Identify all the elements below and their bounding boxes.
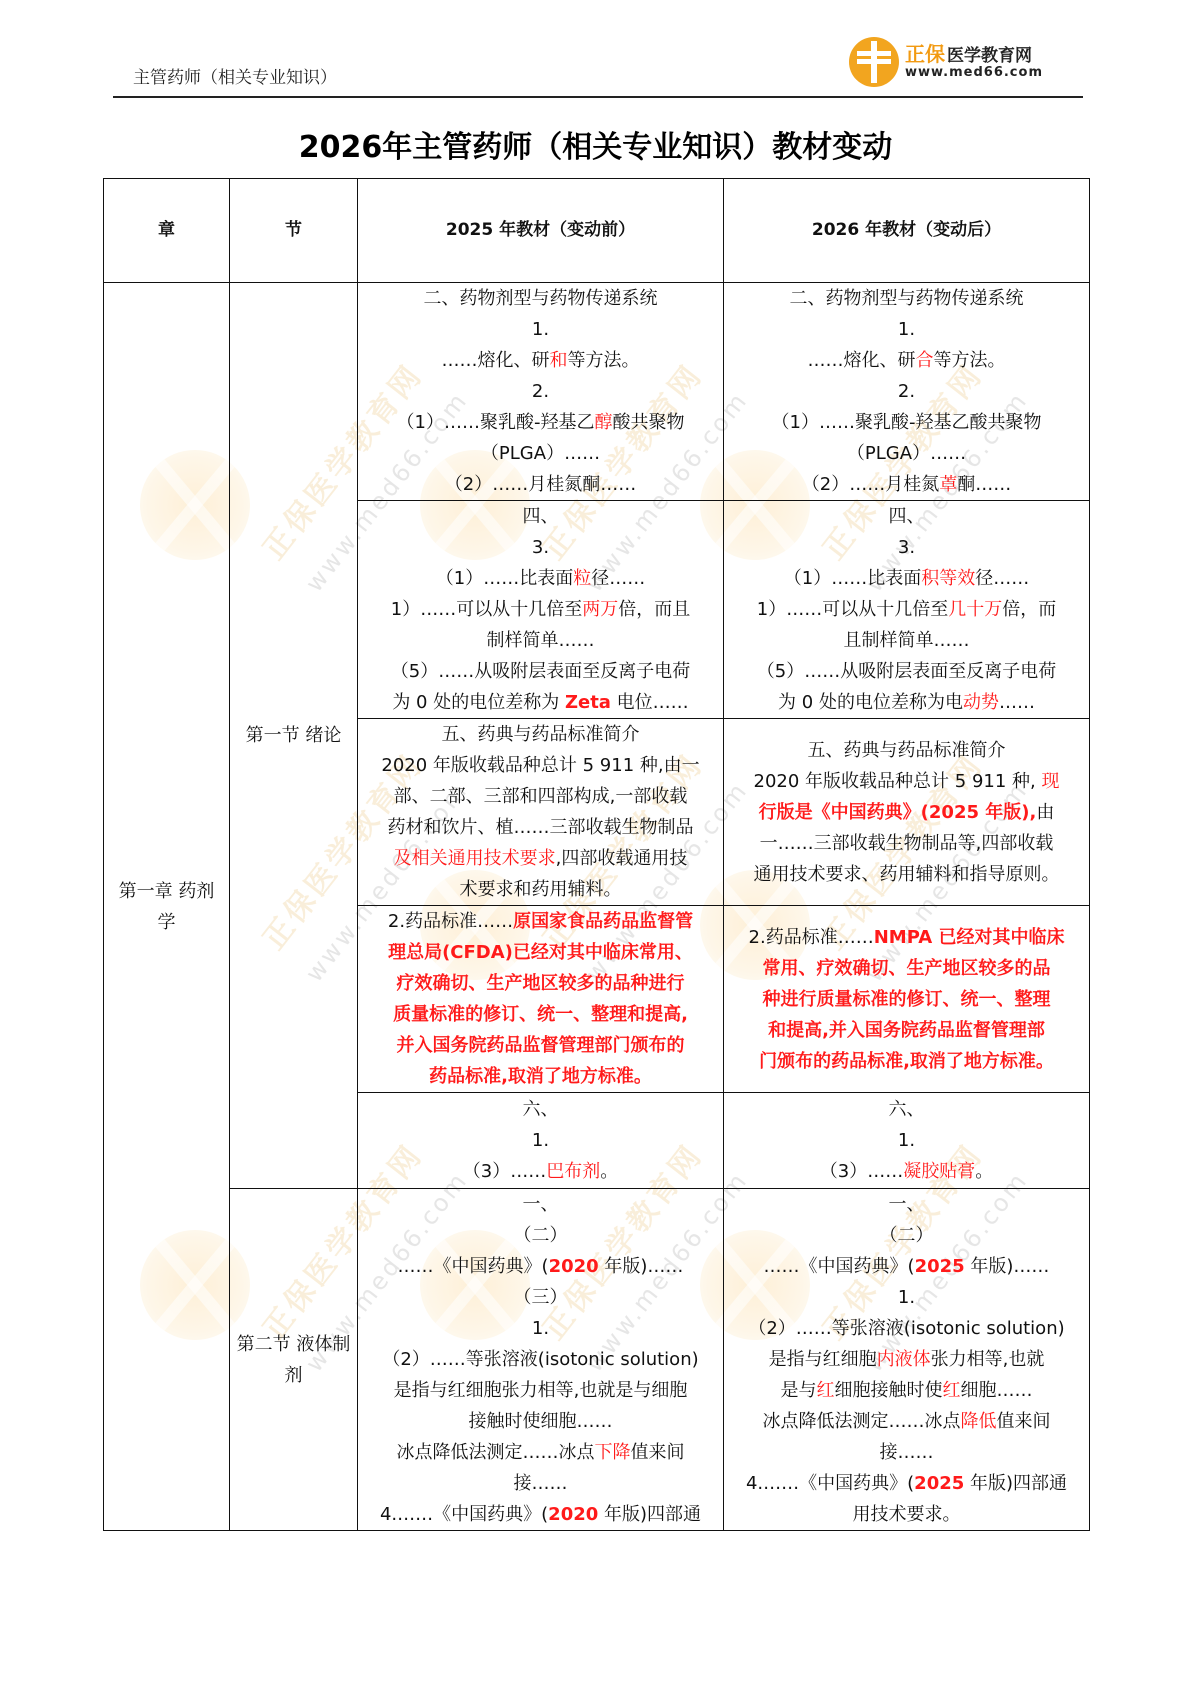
text-segment: 2.药品标准…… — [749, 927, 874, 948]
text-segment: 倍，而 — [1002, 599, 1056, 620]
text-line: 接…… — [730, 1437, 1083, 1468]
new-text-cell: 五、药典与药品标准简介2020 年版收载品种总计 5 911 种, 现行版是《中… — [724, 719, 1090, 906]
text-segment: ,四部收载通用技 — [556, 848, 688, 869]
text-segment: （1）……聚乳酸-羟基乙酸共聚物 — [772, 412, 1042, 433]
text-line: 疗效确切、生产地区较多的品种进行 — [364, 968, 717, 999]
text-line: 二、药物剂型与药物传递系统 — [364, 283, 717, 314]
table-body: 第一章 药剂学第一节 绪论二、药物剂型与药物传递系统1.……熔化、研和等方法。2… — [104, 283, 1090, 1531]
text-line: 药品标准,取消了地方标准。 — [364, 1061, 717, 1092]
changed-text: 几十万 — [948, 599, 1002, 620]
changed-text: 2025 — [914, 1473, 964, 1494]
text-segment: （二） — [880, 1225, 934, 1246]
old-text-cell: 2.药品标准……原国家食品药品监督管理总局(CFDA)已经对其中临床常用、疗效确… — [358, 906, 724, 1093]
text-line: 二、药物剂型与药物传递系统 — [730, 283, 1083, 314]
text-segment: 值来间 — [997, 1411, 1051, 1432]
section-cell: 第一节 绪论 — [230, 283, 358, 1189]
text-segment: 是指与红细胞张力相等,也就是与细胞 — [394, 1380, 688, 1401]
text-segment: 年版)四部通 — [598, 1504, 701, 1525]
page-header: 主管药师（相关专业知识） 正保 医学教育网 www.med66.com — [113, 36, 1083, 98]
text-segment: （PLGA）…… — [481, 443, 600, 464]
text-line: 为 0 处的电位差称为电动势…… — [730, 687, 1083, 718]
text-line: 一……三部收载生物制品等,四部收载 — [730, 828, 1083, 859]
changed-text: 及相关通用技术要求 — [394, 848, 556, 869]
text-segment: 。 — [600, 1161, 618, 1182]
text-line: 五、药典与药品标准简介 — [730, 735, 1083, 766]
text-segment: 1. — [898, 319, 915, 340]
header-subject: 主管药师（相关专业知识） — [133, 63, 337, 88]
text-segment: 年版)…… — [965, 1256, 1050, 1277]
text-segment: 二、药物剂型与药物传递系统 — [424, 288, 658, 309]
changed-text: 两万 — [582, 599, 618, 620]
text-line: ……熔化、研合等方法。 — [730, 345, 1083, 376]
text-segment: 电位…… — [611, 692, 689, 713]
text-line: 2.药品标准……NMPA 已经对其中临床 — [730, 922, 1083, 953]
text-segment: 六、 — [889, 1099, 925, 1120]
text-segment: （PLGA）…… — [847, 443, 966, 464]
text-segment: 年版)四部通 — [964, 1473, 1067, 1494]
text-segment: 等方法。 — [568, 350, 640, 371]
new-text-cell: 一、（二）……《中国药典》(2025 年版)……1.（2）……等张溶液(isot… — [724, 1189, 1090, 1531]
logo-brand: 正保 — [905, 44, 945, 65]
text-line: 1. — [730, 314, 1083, 345]
changes-table: 章 节 2025 年教材（变动前） 2026 年教材（变动后） 第一章 药剂学第… — [103, 178, 1090, 1531]
text-segment: 冰点降低法测定……冰点 — [397, 1442, 595, 1463]
text-segment: 一……三部收载生物制品等,四部收载 — [760, 833, 1054, 854]
text-segment: 张力相等,也就 — [931, 1349, 1045, 1370]
text-line: 用技术要求。 — [730, 1499, 1083, 1530]
text-line: （三） — [364, 1282, 717, 1313]
column-header-section: 节 — [230, 179, 358, 283]
text-segment: 由 — [1036, 802, 1054, 823]
text-segment: 2. — [532, 381, 549, 402]
text-line: （1）……比表面积等效径…… — [730, 563, 1083, 594]
text-line: 一、 — [364, 1189, 717, 1220]
changed-text: 药品标准,取消了地方标准。 — [429, 1066, 652, 1087]
text-segment: （1）……聚乳酸-羟基乙 — [397, 412, 595, 433]
changed-text: 和提高,并入国务院药品监督管理部 — [768, 1020, 1045, 1041]
changed-text: 积等效 — [921, 568, 975, 589]
text-segment: 为 0 处的电位差称为电 — [778, 692, 963, 713]
text-line: （2）……等张溶液(isotonic solution) — [364, 1344, 717, 1375]
table-header-row: 章 节 2025 年教材（变动前） 2026 年教材（变动后） — [104, 179, 1090, 283]
text-segment: 四、 — [523, 506, 559, 527]
text-segment: 等方法。 — [934, 350, 1006, 371]
text-line: 部、二部、三部和四部构成,一部收载 — [364, 781, 717, 812]
text-segment: 2020 年版收载品种总计 5 911 种, — [754, 771, 1042, 792]
text-segment: ……熔化、研 — [808, 350, 916, 371]
text-segment: 2. — [898, 381, 915, 402]
changed-text: 䓬 — [939, 474, 957, 495]
text-segment: 1. — [532, 1318, 549, 1339]
text-segment: 一、 — [889, 1194, 925, 1215]
text-segment: 酮…… — [957, 474, 1011, 495]
text-segment: 部、二部、三部和四部构成,一部收载 — [394, 786, 688, 807]
text-line: （PLGA）…… — [364, 438, 717, 469]
text-line: 六、 — [730, 1094, 1083, 1125]
changed-text: 常用、疗效确切、生产地区较多的品 — [763, 958, 1051, 979]
text-segment: 值来间 — [631, 1442, 685, 1463]
text-line: 1. — [364, 1313, 717, 1344]
text-line: 2.药品标准……原国家食品药品监督管 — [364, 906, 717, 937]
text-line: 和提高,并入国务院药品监督管理部 — [730, 1015, 1083, 1046]
text-line: 1. — [730, 1125, 1083, 1156]
text-line: 四、 — [730, 501, 1083, 532]
changed-text: 合 — [916, 350, 934, 371]
column-header-new: 2026 年教材（变动后） — [724, 179, 1090, 283]
chapter-cell: 第一章 药剂学 — [104, 283, 230, 1531]
text-segment: 接…… — [880, 1442, 934, 1463]
text-line: （2）……等张溶液(isotonic solution) — [730, 1313, 1083, 1344]
changed-text: 质量标准的修订、统一、整理和提高, — [393, 1004, 688, 1025]
logo-url: www.med66.com — [905, 66, 1043, 80]
new-text-cell: 二、药物剂型与药物传递系统1.……熔化、研合等方法。2.（1）……聚乳酸-羟基乙… — [724, 283, 1090, 501]
text-segment: 4.……《中国药典》( — [380, 1504, 548, 1525]
text-line: （5）……从吸附层表面至反离子电荷 — [730, 656, 1083, 687]
text-segment: 为 0 处的电位差称为 — [392, 692, 565, 713]
document-title: 2026年主管药师（相关专业知识）教材变动 — [0, 122, 1191, 166]
text-line: 为 0 处的电位差称为 Zeta 电位…… — [364, 687, 717, 718]
logo-mark-icon — [849, 37, 899, 87]
text-segment: （1）……比表面 — [784, 568, 921, 589]
text-segment: （5）……从吸附层表面至反离子电荷 — [757, 661, 1056, 682]
changed-text: 内液体 — [877, 1349, 931, 1370]
text-line: （二） — [730, 1220, 1083, 1251]
text-line: 2. — [364, 376, 717, 407]
text-line: （3）……巴布剂。 — [364, 1156, 717, 1187]
text-line: 2. — [730, 376, 1083, 407]
text-line: （2）……月桂氮酮…… — [364, 469, 717, 500]
logo-text: 正保 医学教育网 www.med66.com — [905, 44, 1043, 79]
text-line: 2020 年版收载品种总计 5 911 种,由一 — [364, 750, 717, 781]
text-segment: 细胞接触时使 — [835, 1380, 943, 1401]
text-segment: 一、 — [523, 1194, 559, 1215]
text-segment: （1）……比表面 — [436, 568, 573, 589]
text-line: 2020 年版收载品种总计 5 911 种, 现 — [730, 766, 1083, 797]
text-segment: 1）……可以从十几倍至 — [757, 599, 948, 620]
text-segment: 3. — [898, 537, 915, 558]
text-segment: 1. — [532, 1130, 549, 1151]
text-segment: 且制样简单…… — [844, 630, 970, 651]
text-segment: 4.……《中国药典》( — [746, 1473, 914, 1494]
text-segment: （2）……等张溶液(isotonic solution) — [382, 1349, 698, 1370]
text-segment: （5）……从吸附层表面至反离子电荷 — [391, 661, 690, 682]
old-text-cell: 二、药物剂型与药物传递系统1.……熔化、研和等方法。2.（1）……聚乳酸-羟基乙… — [358, 283, 724, 501]
text-segment: （2）……月桂氮 — [802, 474, 939, 495]
text-segment: 六、 — [523, 1099, 559, 1120]
text-line: 且制样简单…… — [730, 625, 1083, 656]
table-row: 第一章 药剂学第一节 绪论二、药物剂型与药物传递系统1.……熔化、研和等方法。2… — [104, 283, 1090, 501]
text-segment: 径…… — [591, 568, 645, 589]
text-line: ……熔化、研和等方法。 — [364, 345, 717, 376]
text-line: （1）……比表面粒径…… — [364, 563, 717, 594]
text-line: 门颁布的药品标准,取消了地方标准。 — [730, 1046, 1083, 1077]
changed-text: 醇 — [594, 412, 612, 433]
changed-text: 动势 — [963, 692, 999, 713]
changed-text: 现 — [1041, 771, 1059, 792]
text-segment: 3. — [532, 537, 549, 558]
text-segment: （2）……等张溶液(isotonic solution) — [748, 1318, 1064, 1339]
text-line: 五、药典与药品标准简介 — [364, 719, 717, 750]
text-segment: 细胞…… — [961, 1380, 1033, 1401]
text-segment: 1）……可以从十几倍至 — [391, 599, 582, 620]
changed-text: 种进行质量标准的修订、统一、整理 — [763, 989, 1051, 1010]
text-segment: 酸共聚物 — [612, 412, 684, 433]
changed-text: 和 — [550, 350, 568, 371]
text-segment: 2.药品标准…… — [388, 911, 513, 932]
text-line: 3. — [730, 532, 1083, 563]
new-text-cell: 四、3.（1）……比表面积等效径……1）……可以从十几倍至几十万倍，而且制样简单… — [724, 501, 1090, 719]
table-row: 第二节 液体制剂一、（二）……《中国药典》(2020 年版)……（三）1.（2）… — [104, 1189, 1090, 1531]
changed-text: 2020 — [549, 1256, 599, 1277]
text-segment: ……熔化、研 — [442, 350, 550, 371]
changed-text: 2020 — [548, 1504, 598, 1525]
text-line: 六、 — [364, 1094, 717, 1125]
text-line: ……《中国药典》(2025 年版)…… — [730, 1251, 1083, 1282]
text-segment: 2020 年版收载品种总计 5 911 种,由一 — [381, 755, 699, 776]
changed-text: 2025 — [915, 1256, 965, 1277]
text-line: （1）……聚乳酸-羟基乙酸共聚物 — [730, 407, 1083, 438]
text-segment: 接…… — [514, 1473, 568, 1494]
text-line: 种进行质量标准的修订、统一、整理 — [730, 984, 1083, 1015]
text-line: （二） — [364, 1220, 717, 1251]
text-line: 及相关通用技术要求,四部收载通用技 — [364, 843, 717, 874]
text-line: 4.……《中国药典》(2025 年版)四部通 — [730, 1468, 1083, 1499]
text-line: （2）……月桂氮䓬酮…… — [730, 469, 1083, 500]
changed-text: 原国家食品药品监督管 — [513, 911, 693, 932]
text-segment: 二、药物剂型与药物传递系统 — [790, 288, 1024, 309]
text-segment: 四、 — [889, 506, 925, 527]
text-segment: 药材和饮片、植……三部收载生物制品 — [388, 817, 694, 838]
text-line: 3. — [364, 532, 717, 563]
old-text-cell: 六、1.（3）……巴布剂。 — [358, 1093, 724, 1189]
text-segment: 是与 — [781, 1380, 817, 1401]
brand-logo[interactable]: 正保 医学教育网 www.med66.com — [849, 36, 1043, 88]
new-text-cell: 六、1.（3）……凝胶贴膏。 — [724, 1093, 1090, 1189]
text-line: （3）……凝胶贴膏。 — [730, 1156, 1083, 1187]
text-line: 质量标准的修订、统一、整理和提高, — [364, 999, 717, 1030]
changed-text: 红 — [943, 1380, 961, 1401]
text-line: 1）……可以从十几倍至几十万倍，而 — [730, 594, 1083, 625]
text-segment: 是指与红细胞 — [769, 1349, 877, 1370]
old-text-cell: 四、3.（1）……比表面粒径……1）……可以从十几倍至两万倍，而且制样简单……（… — [358, 501, 724, 719]
text-line: 四、 — [364, 501, 717, 532]
text-line: 1）……可以从十几倍至两万倍，而且 — [364, 594, 717, 625]
text-line: ……《中国药典》(2020 年版)…… — [364, 1251, 717, 1282]
text-line: 冰点降低法测定……冰点降低值来间 — [730, 1406, 1083, 1437]
text-line: 药材和饮片、植……三部收载生物制品 — [364, 812, 717, 843]
old-text-cell: 一、（二）……《中国药典》(2020 年版)……（三）1.（2）……等张溶液(i… — [358, 1189, 724, 1531]
text-segment: 五、药典与药品标准简介 — [442, 724, 640, 745]
text-segment: （三） — [514, 1287, 568, 1308]
column-header-old: 2025 年教材（变动前） — [358, 179, 724, 283]
text-segment: 制样简单…… — [487, 630, 595, 651]
text-line: 1. — [364, 1125, 717, 1156]
text-segment: 1. — [532, 319, 549, 340]
text-line: 通用技术要求、药用辅料和指导原则。 — [730, 859, 1083, 890]
text-line: 接触时使细胞…… — [364, 1406, 717, 1437]
text-line: 行版是《中国药典》(2025 年版),由 — [730, 797, 1083, 828]
text-segment: 。 — [975, 1161, 993, 1182]
changed-text: 粒 — [573, 568, 591, 589]
text-line: 是指与红细胞内液体张力相等,也就 — [730, 1344, 1083, 1375]
text-line: 理总局(CFDA)已经对其中临床常用、 — [364, 937, 717, 968]
text-line: 术要求和药用辅料。 — [364, 874, 717, 905]
changed-text: 下降 — [595, 1442, 631, 1463]
text-line: （5）……从吸附层表面至反离子电荷 — [364, 656, 717, 687]
changed-text: 红 — [817, 1380, 835, 1401]
changed-text: Zeta — [565, 692, 611, 713]
text-line: （1）……聚乳酸-羟基乙醇酸共聚物 — [364, 407, 717, 438]
column-header-chapter: 章 — [104, 179, 230, 283]
text-line: 1. — [730, 1282, 1083, 1313]
text-line: 常用、疗效确切、生产地区较多的品 — [730, 953, 1083, 984]
changed-text: 凝胶贴膏 — [903, 1161, 975, 1182]
changed-text: NMPA 已经对其中临床 — [874, 927, 1065, 948]
text-line: （PLGA）…… — [730, 438, 1083, 469]
new-text-cell: 2.药品标准……NMPA 已经对其中临床常用、疗效确切、生产地区较多的品种进行质… — [724, 906, 1090, 1093]
text-segment: 倍，而且 — [618, 599, 690, 620]
text-segment: 用技术要求。 — [853, 1504, 961, 1525]
text-line: 是指与红细胞张力相等,也就是与细胞 — [364, 1375, 717, 1406]
text-segment: ……《中国药典》( — [398, 1256, 549, 1277]
text-segment: ……《中国药典》( — [764, 1256, 915, 1277]
text-segment: 1. — [898, 1130, 915, 1151]
text-segment: （二） — [514, 1225, 568, 1246]
changed-text: 行版是《中国药典》(2025 年版), — [759, 802, 1037, 823]
text-segment: （2）……月桂氮酮…… — [445, 474, 636, 495]
text-line: 1. — [364, 314, 717, 345]
changed-text: 疗效确切、生产地区较多的品种进行 — [397, 973, 685, 994]
text-line: 冰点降低法测定……冰点下降值来间 — [364, 1437, 717, 1468]
changed-text: 理总局(CFDA)已经对其中临床常用、 — [388, 942, 693, 963]
text-line: 一、 — [730, 1189, 1083, 1220]
text-segment: …… — [999, 692, 1035, 713]
changed-text: 巴布剂 — [546, 1161, 600, 1182]
text-segment: （3）…… — [820, 1161, 903, 1182]
text-segment: 术要求和药用辅料。 — [460, 879, 622, 900]
text-segment: 年版)…… — [599, 1256, 684, 1277]
section-cell: 第二节 液体制剂 — [230, 1189, 358, 1531]
text-segment: 五、药典与药品标准简介 — [808, 740, 1006, 761]
text-segment: 1. — [898, 1287, 915, 1308]
old-text-cell: 五、药典与药品标准简介2020 年版收载品种总计 5 911 种,由一部、二部、… — [358, 719, 724, 906]
text-segment: 通用技术要求、药用辅料和指导原则。 — [754, 864, 1060, 885]
changed-text: 门颁布的药品标准,取消了地方标准。 — [759, 1051, 1054, 1072]
text-segment: 冰点降低法测定……冰点 — [763, 1411, 961, 1432]
text-segment: （3）…… — [463, 1161, 546, 1182]
text-line: 是与红细胞接触时使红细胞…… — [730, 1375, 1083, 1406]
text-line: 制样简单…… — [364, 625, 717, 656]
logo-name: 医学教育网 — [947, 48, 1032, 66]
changed-text: 降低 — [961, 1411, 997, 1432]
text-segment: 接触时使细胞…… — [469, 1411, 613, 1432]
changed-text: 并入国务院药品监督管理部门颁布的 — [397, 1035, 685, 1056]
text-line: 接…… — [364, 1468, 717, 1499]
text-segment: 径…… — [975, 568, 1029, 589]
text-line: 并入国务院药品监督管理部门颁布的 — [364, 1030, 717, 1061]
text-line: 4.……《中国药典》(2020 年版)四部通 — [364, 1499, 717, 1530]
